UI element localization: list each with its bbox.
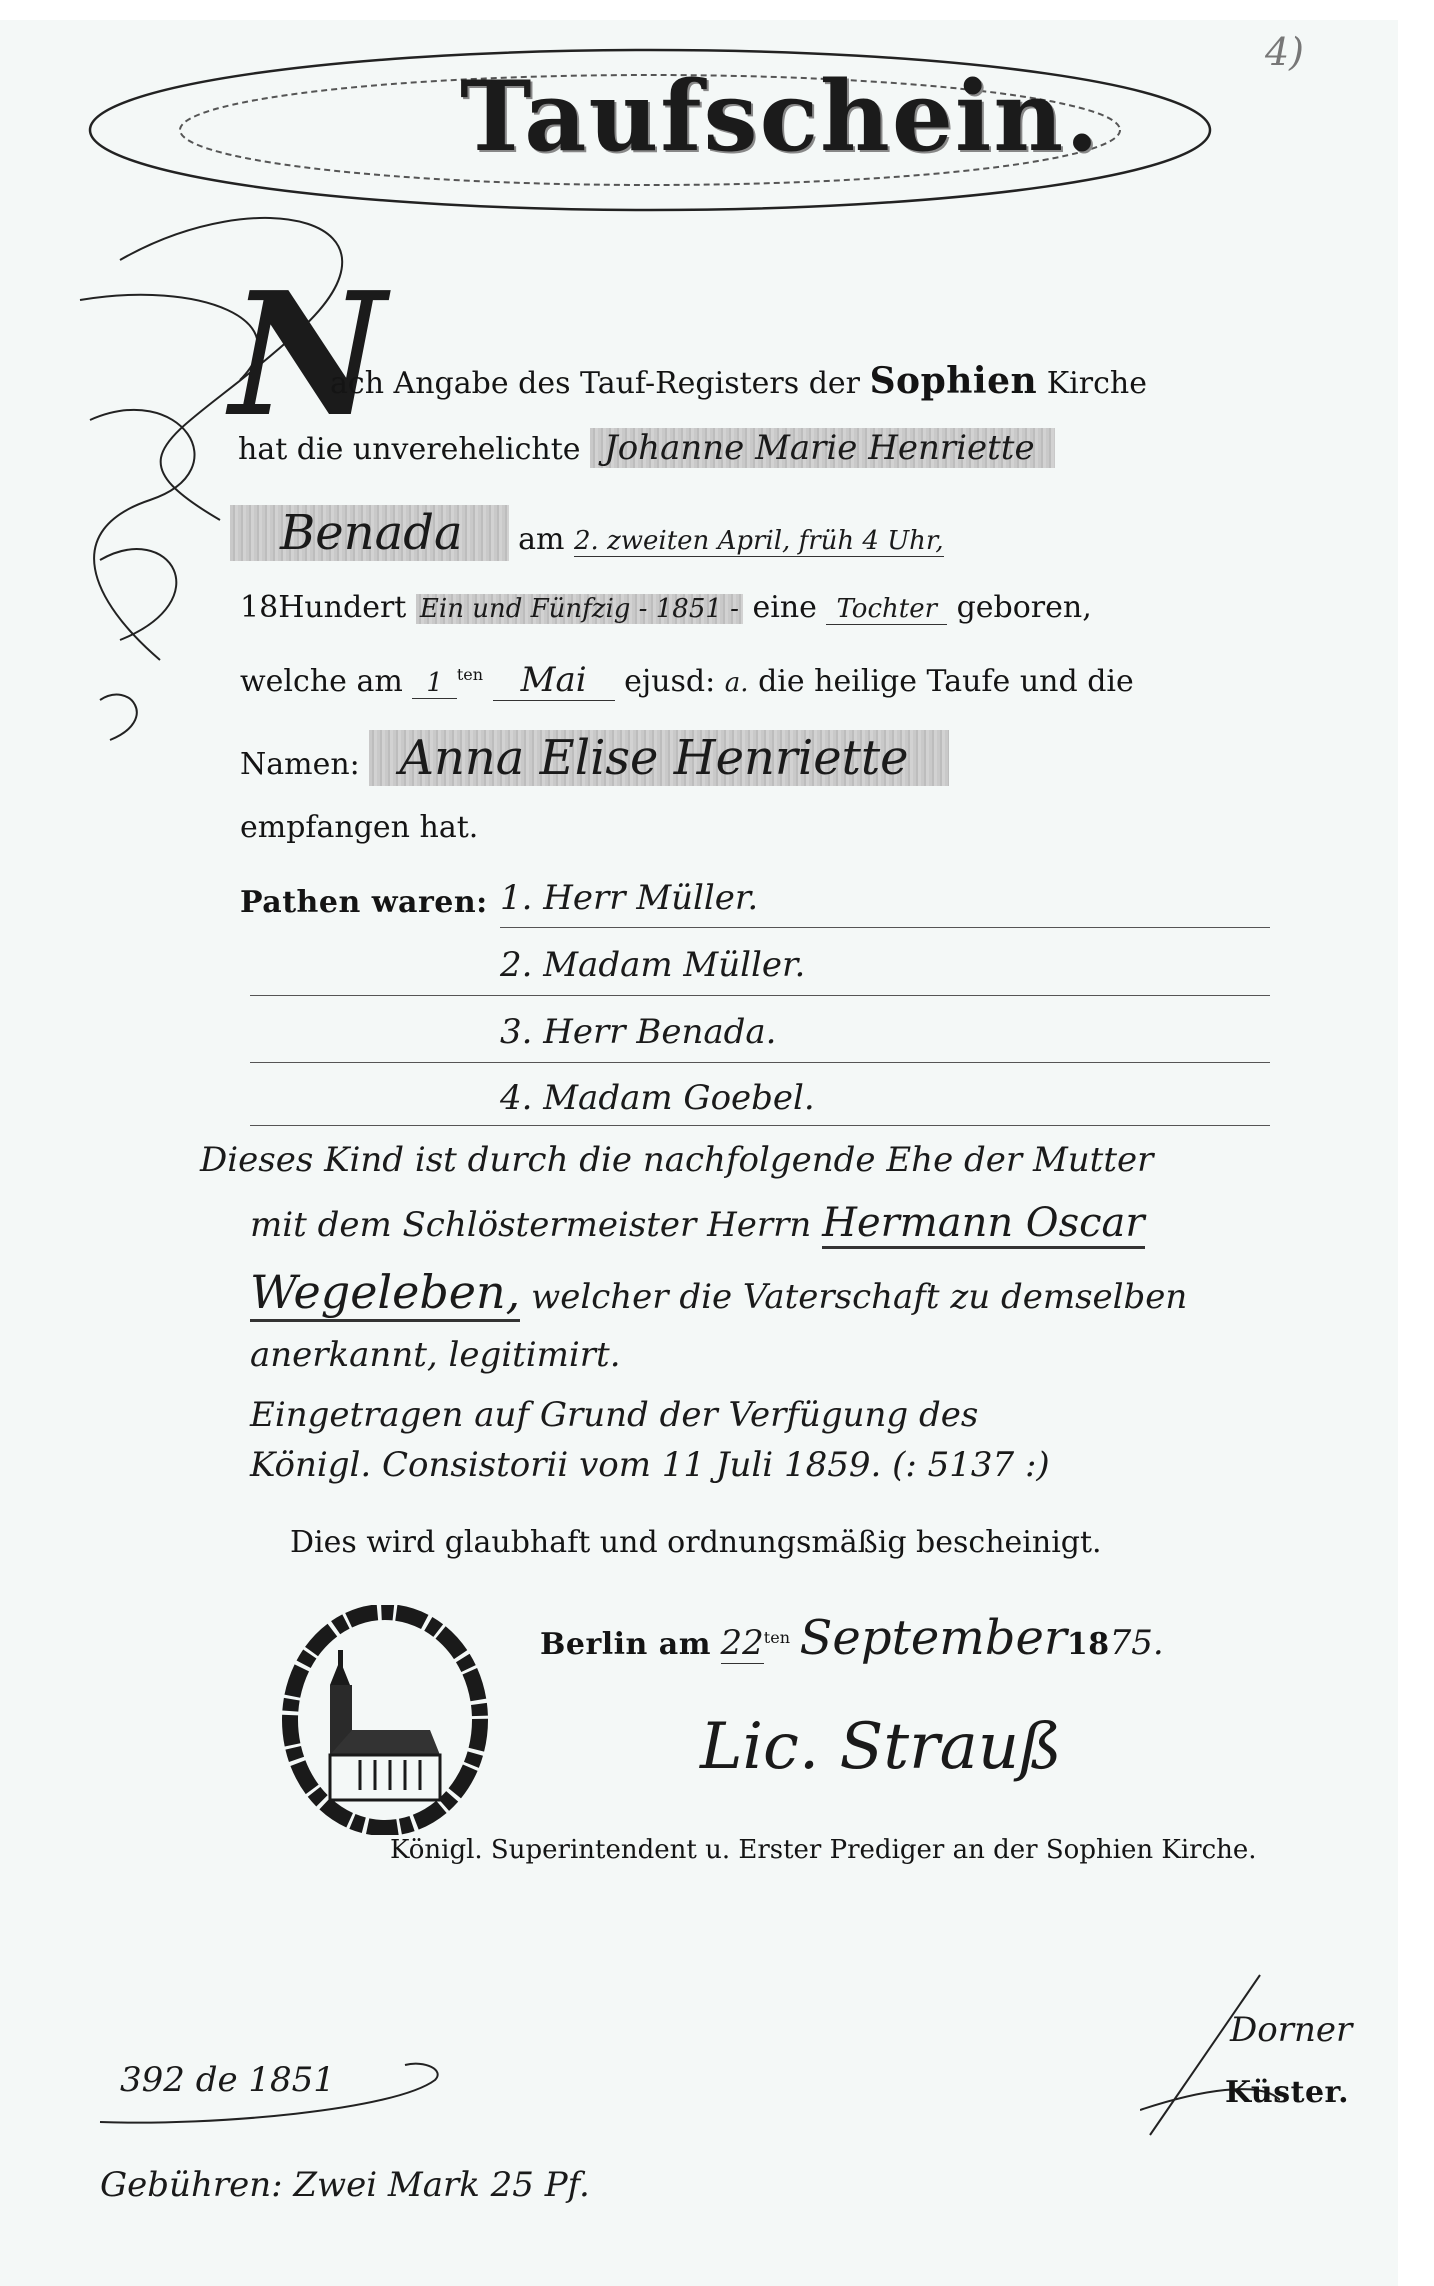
issue-month: September [800, 1610, 1067, 1666]
print-text: die heilige Taufe und die [758, 664, 1134, 699]
drop-cap-letter: N [230, 270, 385, 440]
intro-line-4: 18Hundert Ein und Fünfzig - 1851 - eine … [240, 590, 1092, 625]
ordinal-suffix: ten [457, 665, 483, 684]
mother-surname: Benada [230, 505, 509, 561]
annotation-line: Eingetragen auf Grund der Verfügung des [250, 1395, 978, 1435]
document-title: Taufschein. [460, 60, 1101, 173]
mother-given-names: Johanne Marie Henriette [590, 428, 1055, 468]
intro-line-5: welche am 1ten Mai ejusd: a. die heilige… [240, 660, 1134, 700]
child-names: Anna Elise Henriette [369, 730, 948, 786]
father-name: Hermann Oscar [822, 1200, 1144, 1249]
birth-date: 2. zweiten April, früh 4 Uhr, [574, 526, 944, 557]
intro-line-1: ach Angabe des Tauf-Registers der Sophie… [330, 360, 1147, 402]
annotation-text: welcher die Vaterschaft zu demselben [531, 1277, 1187, 1317]
handwritten-mark: a. [725, 668, 749, 698]
intro-line-6: Namen: Anna Elise Henriette [240, 730, 949, 786]
intro-line-2: hat die unverehelichte Johanne Marie Hen… [238, 428, 1055, 468]
year-print: 18 [1067, 1627, 1110, 1662]
godparents-label: Pathen waren: [240, 885, 488, 920]
print-text: eine [753, 590, 817, 625]
underline-flourish-icon [95, 2060, 455, 2130]
annotation-text: mit dem Schlöstermeister Herrn [250, 1205, 811, 1245]
print-text: Tauf-Registers [580, 366, 799, 401]
godparent-item: 3. Herr Benada. [500, 1012, 776, 1052]
print-text: ach Angabe des [330, 366, 570, 401]
child-type: Tochter [826, 594, 947, 625]
print-text: 18 [240, 590, 278, 625]
godparent-rule [250, 995, 1270, 996]
godparent-item: 2. Madam Müller. [500, 945, 805, 985]
birth-year: Ein und Fünfzig - 1851 - [416, 594, 743, 624]
intro-line-3: Benada am 2. zweiten April, früh 4 Uhr, [230, 505, 944, 561]
issue-year: 75. [1110, 1623, 1164, 1663]
godparent-item: 4. Madam Goebel. [500, 1078, 815, 1118]
fee-note: Gebühren: Zwei Mark 25 Pf. [100, 2165, 590, 2205]
ordinal-suffix: ten [764, 1628, 790, 1647]
issue-day: 22 [721, 1623, 764, 1664]
godparent-rule [250, 1062, 1270, 1063]
print-text: Kirche [1047, 366, 1147, 401]
print-text: Hundert [278, 590, 406, 625]
print-text: welche am [240, 664, 403, 699]
print-text: ejusd: [624, 664, 715, 699]
baptism-month: Mai [493, 660, 615, 701]
superintendent-title: Königl. Superintendent u. Erster Predige… [390, 1835, 1257, 1865]
godparent-item: 1. Herr Müller. [500, 878, 758, 918]
godparent-rule [250, 1125, 1270, 1126]
superintendent-signature: Lic. Strauß [700, 1710, 1062, 1784]
church-name: Sophien [870, 360, 1038, 402]
print-text: am [518, 522, 564, 557]
place-date: Berlin am 22ten September1875. [540, 1610, 1164, 1666]
certification-text: Dies wird glaubhaft und ordnungsmäßig be… [290, 1525, 1102, 1560]
print-text: hat die unverehelichte [238, 432, 581, 467]
godparent-rule [500, 927, 1270, 928]
father-surname: Wegeleben, [250, 1265, 520, 1322]
church-seal-icon [280, 1605, 490, 1835]
print-text: geboren, [957, 590, 1092, 625]
kuster-title: Küster. [1225, 2075, 1349, 2110]
annotation-line: anerkannt, legitimirt. [250, 1335, 621, 1375]
annotation-line: Königl. Consistorii vom 11 Juli 1859. (:… [250, 1445, 1050, 1485]
print-text: der [809, 366, 860, 401]
place-text: Berlin am [540, 1627, 711, 1662]
annotation-line: Dieses Kind ist durch die nachfolgende E… [200, 1140, 1153, 1180]
kuster-signature: Dorner [1230, 2010, 1352, 2050]
print-text: Namen: [240, 747, 360, 782]
signature-stroke-icon [1140, 1970, 1280, 2140]
annotation-line: mit dem Schlöstermeister Herrn Hermann O… [250, 1200, 1145, 1246]
intro-line-7: empfangen hat. [240, 810, 478, 845]
annotation-line: Wegeleben, welcher die Vaterschaft zu de… [250, 1265, 1187, 1319]
baptism-day: 1 [412, 668, 457, 699]
